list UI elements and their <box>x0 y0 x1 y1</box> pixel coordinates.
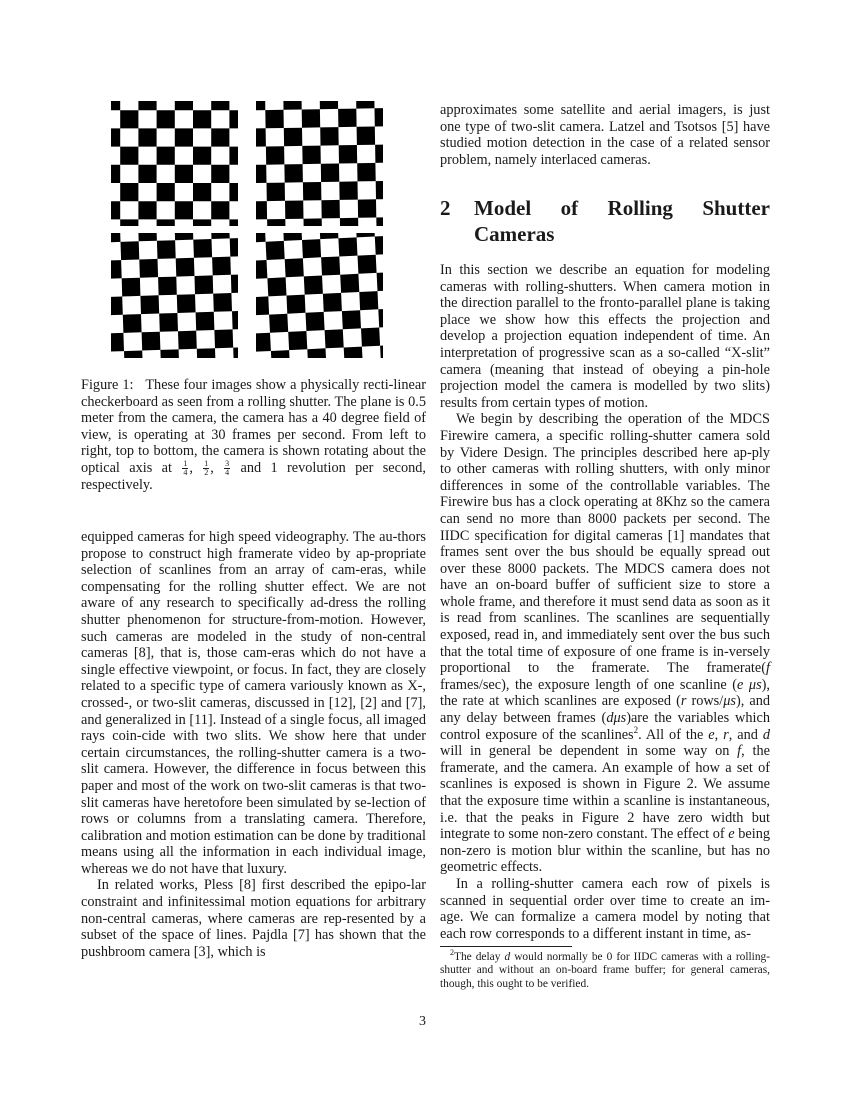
figure-1 <box>111 101 383 359</box>
section-title-line-1: Model of Rolling Shutter <box>474 195 770 221</box>
paragraph-section-intro: In this section we describe an equation … <box>440 262 770 411</box>
paragraph-mdcs-camera: We begin by describing the operation of … <box>440 411 770 876</box>
paragraph: approximates some satellite and aerial i… <box>440 102 770 168</box>
section-number: 2 <box>440 195 451 221</box>
section-title-line-2: Cameras <box>474 221 770 247</box>
page-number: 3 <box>419 1014 426 1030</box>
footnote: 2The delay d would normally be 0 for IID… <box>440 951 770 991</box>
paragraph-rolling-shutter-model: In a rolling-shutter camera each row of … <box>440 876 770 942</box>
fraction-one-half: 12 <box>203 460 209 477</box>
figure-1-caption: Figure 1: These four images show a physi… <box>81 377 426 494</box>
fraction-one-quarter: 14 <box>182 460 188 477</box>
paragraph-related-works: In related works, Pless [8] first descri… <box>81 877 426 960</box>
checkerboard-image-4 <box>256 233 383 358</box>
fraction-three-quarters: 34 <box>224 460 230 477</box>
paragraph: equipped cameras for high speed videogra… <box>81 529 426 877</box>
figure-label: Figure 1: <box>81 377 133 393</box>
checkerboard-image-1 <box>111 101 238 226</box>
checkerboard-image-2 <box>256 101 383 226</box>
section-heading: 2 Model of Rolling Shutter Cameras <box>440 195 770 247</box>
left-column: equipped cameras for high speed videogra… <box>81 529 426 960</box>
checkerboard-image-3 <box>111 233 238 358</box>
right-column-body: In this section we describe an equation … <box>440 262 770 942</box>
right-column-top: approximates some satellite and aerial i… <box>440 102 770 168</box>
footnote-divider <box>440 946 572 947</box>
